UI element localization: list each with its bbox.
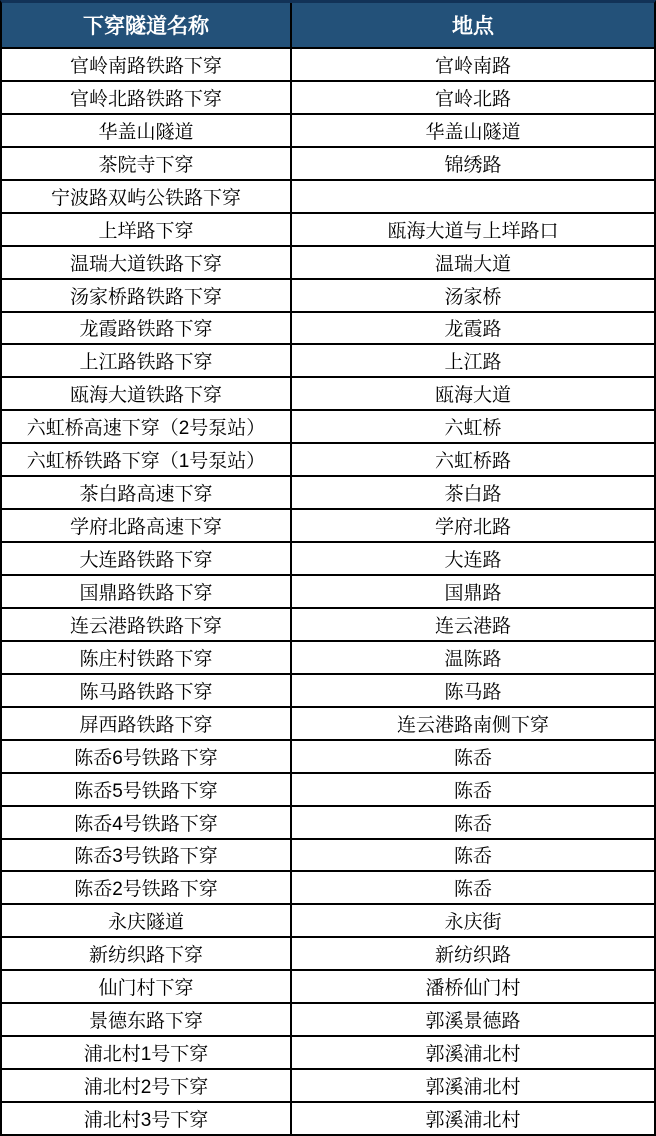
location-cell: 瓯海大道 — [292, 378, 654, 409]
location-cell: 潘桥仙门村 — [292, 971, 654, 1002]
tunnel-name-cell: 上垟路下穿 — [2, 214, 292, 245]
location-cell: 六虹桥路 — [292, 444, 654, 475]
underpass-tunnel-table: 下穿隧道名称 地点 官岭南路铁路下穿 官岭南路 官岭北路铁路下穿 官岭北路 华盖… — [0, 0, 656, 1136]
table-row: 官岭南路铁路下穿 官岭南路 — [2, 47, 654, 80]
location-cell: 大连路 — [292, 543, 654, 574]
table-row: 屏西路铁路下穿 连云港路南侧下穿 — [2, 706, 654, 739]
table-row: 陈岙2号铁路下穿 陈岙 — [2, 870, 654, 903]
tunnel-name-cell: 温瑞大道铁路下穿 — [2, 247, 292, 278]
table-row: 瓯海大道铁路下穿 瓯海大道 — [2, 376, 654, 409]
location-cell: 茶白路 — [292, 477, 654, 508]
tunnel-name-cell: 陈岙5号铁路下穿 — [2, 774, 292, 805]
tunnel-name-cell: 浦北村3号下穿 — [2, 1103, 292, 1134]
table-row: 陈马路铁路下穿 陈马路 — [2, 673, 654, 706]
table-body: 官岭南路铁路下穿 官岭南路 官岭北路铁路下穿 官岭北路 华盖山隧道 华盖山隧道 … — [2, 47, 654, 1134]
tunnel-name-cell: 永庆隧道 — [2, 905, 292, 936]
location-cell: 陈岙 — [292, 807, 654, 838]
table-row: 陈岙3号铁路下穿 陈岙 — [2, 838, 654, 871]
tunnel-name-cell: 茶白路高速下穿 — [2, 477, 292, 508]
tunnel-name-cell: 仙门村下穿 — [2, 971, 292, 1002]
location-cell — [292, 181, 654, 212]
tunnel-name-cell: 官岭南路铁路下穿 — [2, 49, 292, 80]
table-row: 连云港路铁路下穿 连云港路 — [2, 607, 654, 640]
location-cell: 学府北路 — [292, 510, 654, 541]
location-cell: 连云港路 — [292, 609, 654, 640]
location-cell: 温瑞大道 — [292, 247, 654, 278]
table-row: 景德东路下穿 郭溪景德路 — [2, 1002, 654, 1035]
table-row: 茶白路高速下穿 茶白路 — [2, 475, 654, 508]
table-row: 大连路铁路下穿 大连路 — [2, 541, 654, 574]
location-cell: 陈岙 — [292, 741, 654, 772]
tunnel-name-cell: 景德东路下穿 — [2, 1004, 292, 1035]
table-row: 新纺织路下穿 新纺织路 — [2, 936, 654, 969]
table-row: 上垟路下穿 瓯海大道与上垟路口 — [2, 212, 654, 245]
table-row: 陈岙6号铁路下穿 陈岙 — [2, 739, 654, 772]
location-cell: 瓯海大道与上垟路口 — [292, 214, 654, 245]
location-cell: 官岭南路 — [292, 49, 654, 80]
tunnel-name-cell: 大连路铁路下穿 — [2, 543, 292, 574]
location-cell: 温陈路 — [292, 642, 654, 673]
location-cell: 六虹桥 — [292, 411, 654, 442]
tunnel-name-cell: 陈岙3号铁路下穿 — [2, 840, 292, 871]
tunnel-name-cell: 陈岙2号铁路下穿 — [2, 872, 292, 903]
location-cell: 郭溪浦北村 — [292, 1070, 654, 1101]
column-header-location: 地点 — [292, 3, 654, 47]
table-row: 汤家桥路铁路下穿 汤家桥 — [2, 278, 654, 311]
tunnel-name-cell: 宁波路双屿公铁路下穿 — [2, 181, 292, 212]
tunnel-name-cell: 上江路铁路下穿 — [2, 345, 292, 376]
tunnel-name-cell: 新纺织路下穿 — [2, 938, 292, 969]
table-row: 陈岙5号铁路下穿 陈岙 — [2, 772, 654, 805]
location-cell: 上江路 — [292, 345, 654, 376]
tunnel-name-cell: 陈马路铁路下穿 — [2, 675, 292, 706]
location-cell: 陈岙 — [292, 774, 654, 805]
location-cell: 陈岙 — [292, 872, 654, 903]
tunnel-name-cell: 浦北村1号下穿 — [2, 1037, 292, 1068]
tunnel-name-cell: 茶院寺下穿 — [2, 148, 292, 179]
table-row: 温瑞大道铁路下穿 温瑞大道 — [2, 245, 654, 278]
location-cell: 郭溪浦北村 — [292, 1037, 654, 1068]
table-row: 茶院寺下穿 锦绣路 — [2, 146, 654, 179]
location-cell: 汤家桥 — [292, 280, 654, 311]
location-cell: 龙霞路 — [292, 313, 654, 344]
table-row: 陈岙4号铁路下穿 陈岙 — [2, 805, 654, 838]
table-row: 上江路铁路下穿 上江路 — [2, 343, 654, 376]
tunnel-name-cell: 瓯海大道铁路下穿 — [2, 378, 292, 409]
location-cell: 永庆街 — [292, 905, 654, 936]
table-row: 官岭北路铁路下穿 官岭北路 — [2, 80, 654, 113]
location-cell: 官岭北路 — [292, 82, 654, 113]
tunnel-name-cell: 六虹桥高速下穿（2号泵站） — [2, 411, 292, 442]
table-row: 六虹桥高速下穿（2号泵站） 六虹桥 — [2, 409, 654, 442]
tunnel-name-cell: 龙霞路铁路下穿 — [2, 313, 292, 344]
table-row: 宁波路双屿公铁路下穿 — [2, 179, 654, 212]
location-cell: 陈岙 — [292, 840, 654, 871]
table-header-row: 下穿隧道名称 地点 — [2, 3, 654, 47]
table-row: 浦北村1号下穿 郭溪浦北村 — [2, 1035, 654, 1068]
tunnel-name-cell: 浦北村2号下穿 — [2, 1070, 292, 1101]
table-row: 学府北路高速下穿 学府北路 — [2, 508, 654, 541]
table-row: 陈庄村铁路下穿 温陈路 — [2, 640, 654, 673]
location-cell: 国鼎路 — [292, 576, 654, 607]
table-row: 国鼎路铁路下穿 国鼎路 — [2, 574, 654, 607]
table-row: 龙霞路铁路下穿 龙霞路 — [2, 311, 654, 344]
location-cell: 锦绣路 — [292, 148, 654, 179]
tunnel-name-cell: 陈庄村铁路下穿 — [2, 642, 292, 673]
tunnel-name-cell: 陈岙6号铁路下穿 — [2, 741, 292, 772]
location-cell: 郭溪景德路 — [292, 1004, 654, 1035]
column-header-tunnel-name: 下穿隧道名称 — [2, 3, 292, 47]
table-row: 六虹桥铁路下穿（1号泵站） 六虹桥路 — [2, 442, 654, 475]
tunnel-name-cell: 汤家桥路铁路下穿 — [2, 280, 292, 311]
table-row: 华盖山隧道 华盖山隧道 — [2, 113, 654, 146]
table-row: 浦北村2号下穿 郭溪浦北村 — [2, 1068, 654, 1101]
location-cell: 新纺织路 — [292, 938, 654, 969]
tunnel-name-cell: 陈岙4号铁路下穿 — [2, 807, 292, 838]
location-cell: 郭溪浦北村 — [292, 1103, 654, 1134]
table-row: 仙门村下穿 潘桥仙门村 — [2, 969, 654, 1002]
table-row: 浦北村3号下穿 郭溪浦北村 — [2, 1101, 654, 1134]
tunnel-name-cell: 屏西路铁路下穿 — [2, 708, 292, 739]
tunnel-name-cell: 华盖山隧道 — [2, 115, 292, 146]
tunnel-name-cell: 学府北路高速下穿 — [2, 510, 292, 541]
tunnel-name-cell: 连云港路铁路下穿 — [2, 609, 292, 640]
location-cell: 陈马路 — [292, 675, 654, 706]
table-row: 永庆隧道 永庆街 — [2, 903, 654, 936]
tunnel-name-cell: 国鼎路铁路下穿 — [2, 576, 292, 607]
location-cell: 连云港路南侧下穿 — [292, 708, 654, 739]
location-cell: 华盖山隧道 — [292, 115, 654, 146]
tunnel-name-cell: 六虹桥铁路下穿（1号泵站） — [2, 444, 292, 475]
tunnel-name-cell: 官岭北路铁路下穿 — [2, 82, 292, 113]
